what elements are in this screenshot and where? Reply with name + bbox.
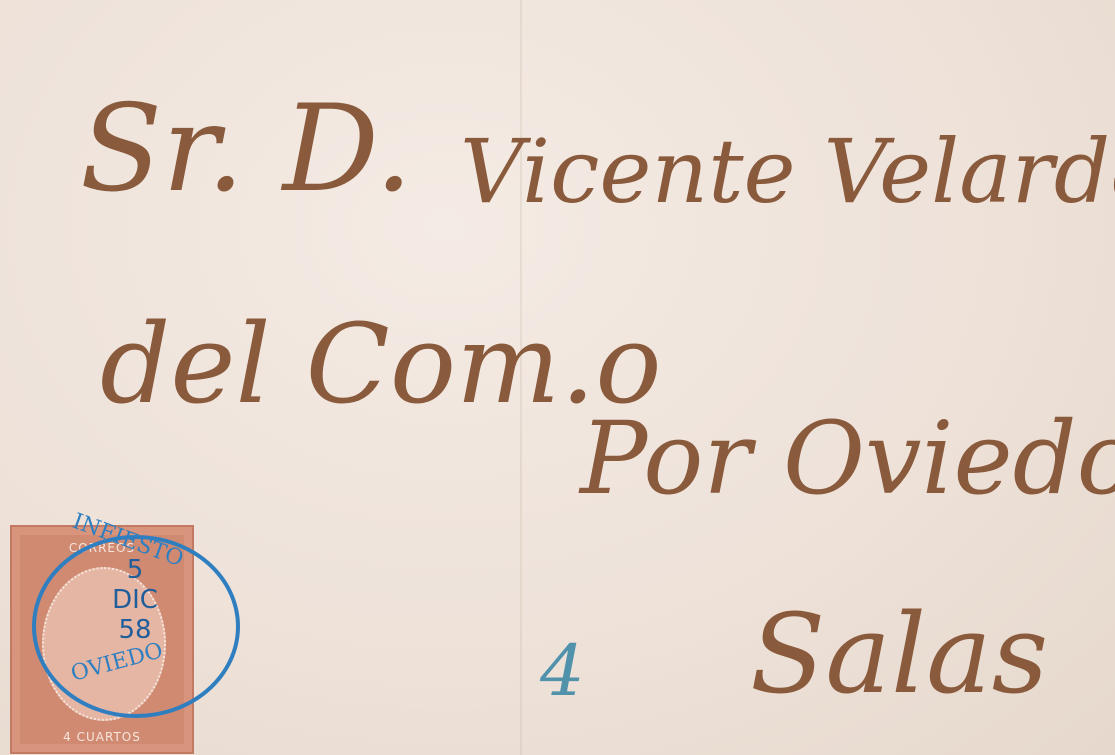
blue-manuscript-mark: 4	[540, 630, 585, 712]
postmark-day: 5	[95, 555, 175, 585]
address-line-title: del Com.o	[100, 300, 662, 428]
postmark-date: 5 DIC 58	[95, 555, 175, 645]
address-line-name: Vicente Velarde	[460, 120, 1115, 223]
address-line-destination: Salas	[750, 590, 1048, 718]
stamp-value-text: 4 CUARTOS	[12, 730, 192, 744]
postmark-month: DIC	[95, 585, 175, 615]
envelope-cover: Sr. D. Vicente Velarde del Com.o Por Ovi…	[0, 0, 1115, 755]
address-line-salutation: Sr. D.	[80, 80, 413, 219]
address-line-route: Por Oviedo	[580, 400, 1115, 517]
postmark-year: 58	[95, 615, 175, 645]
